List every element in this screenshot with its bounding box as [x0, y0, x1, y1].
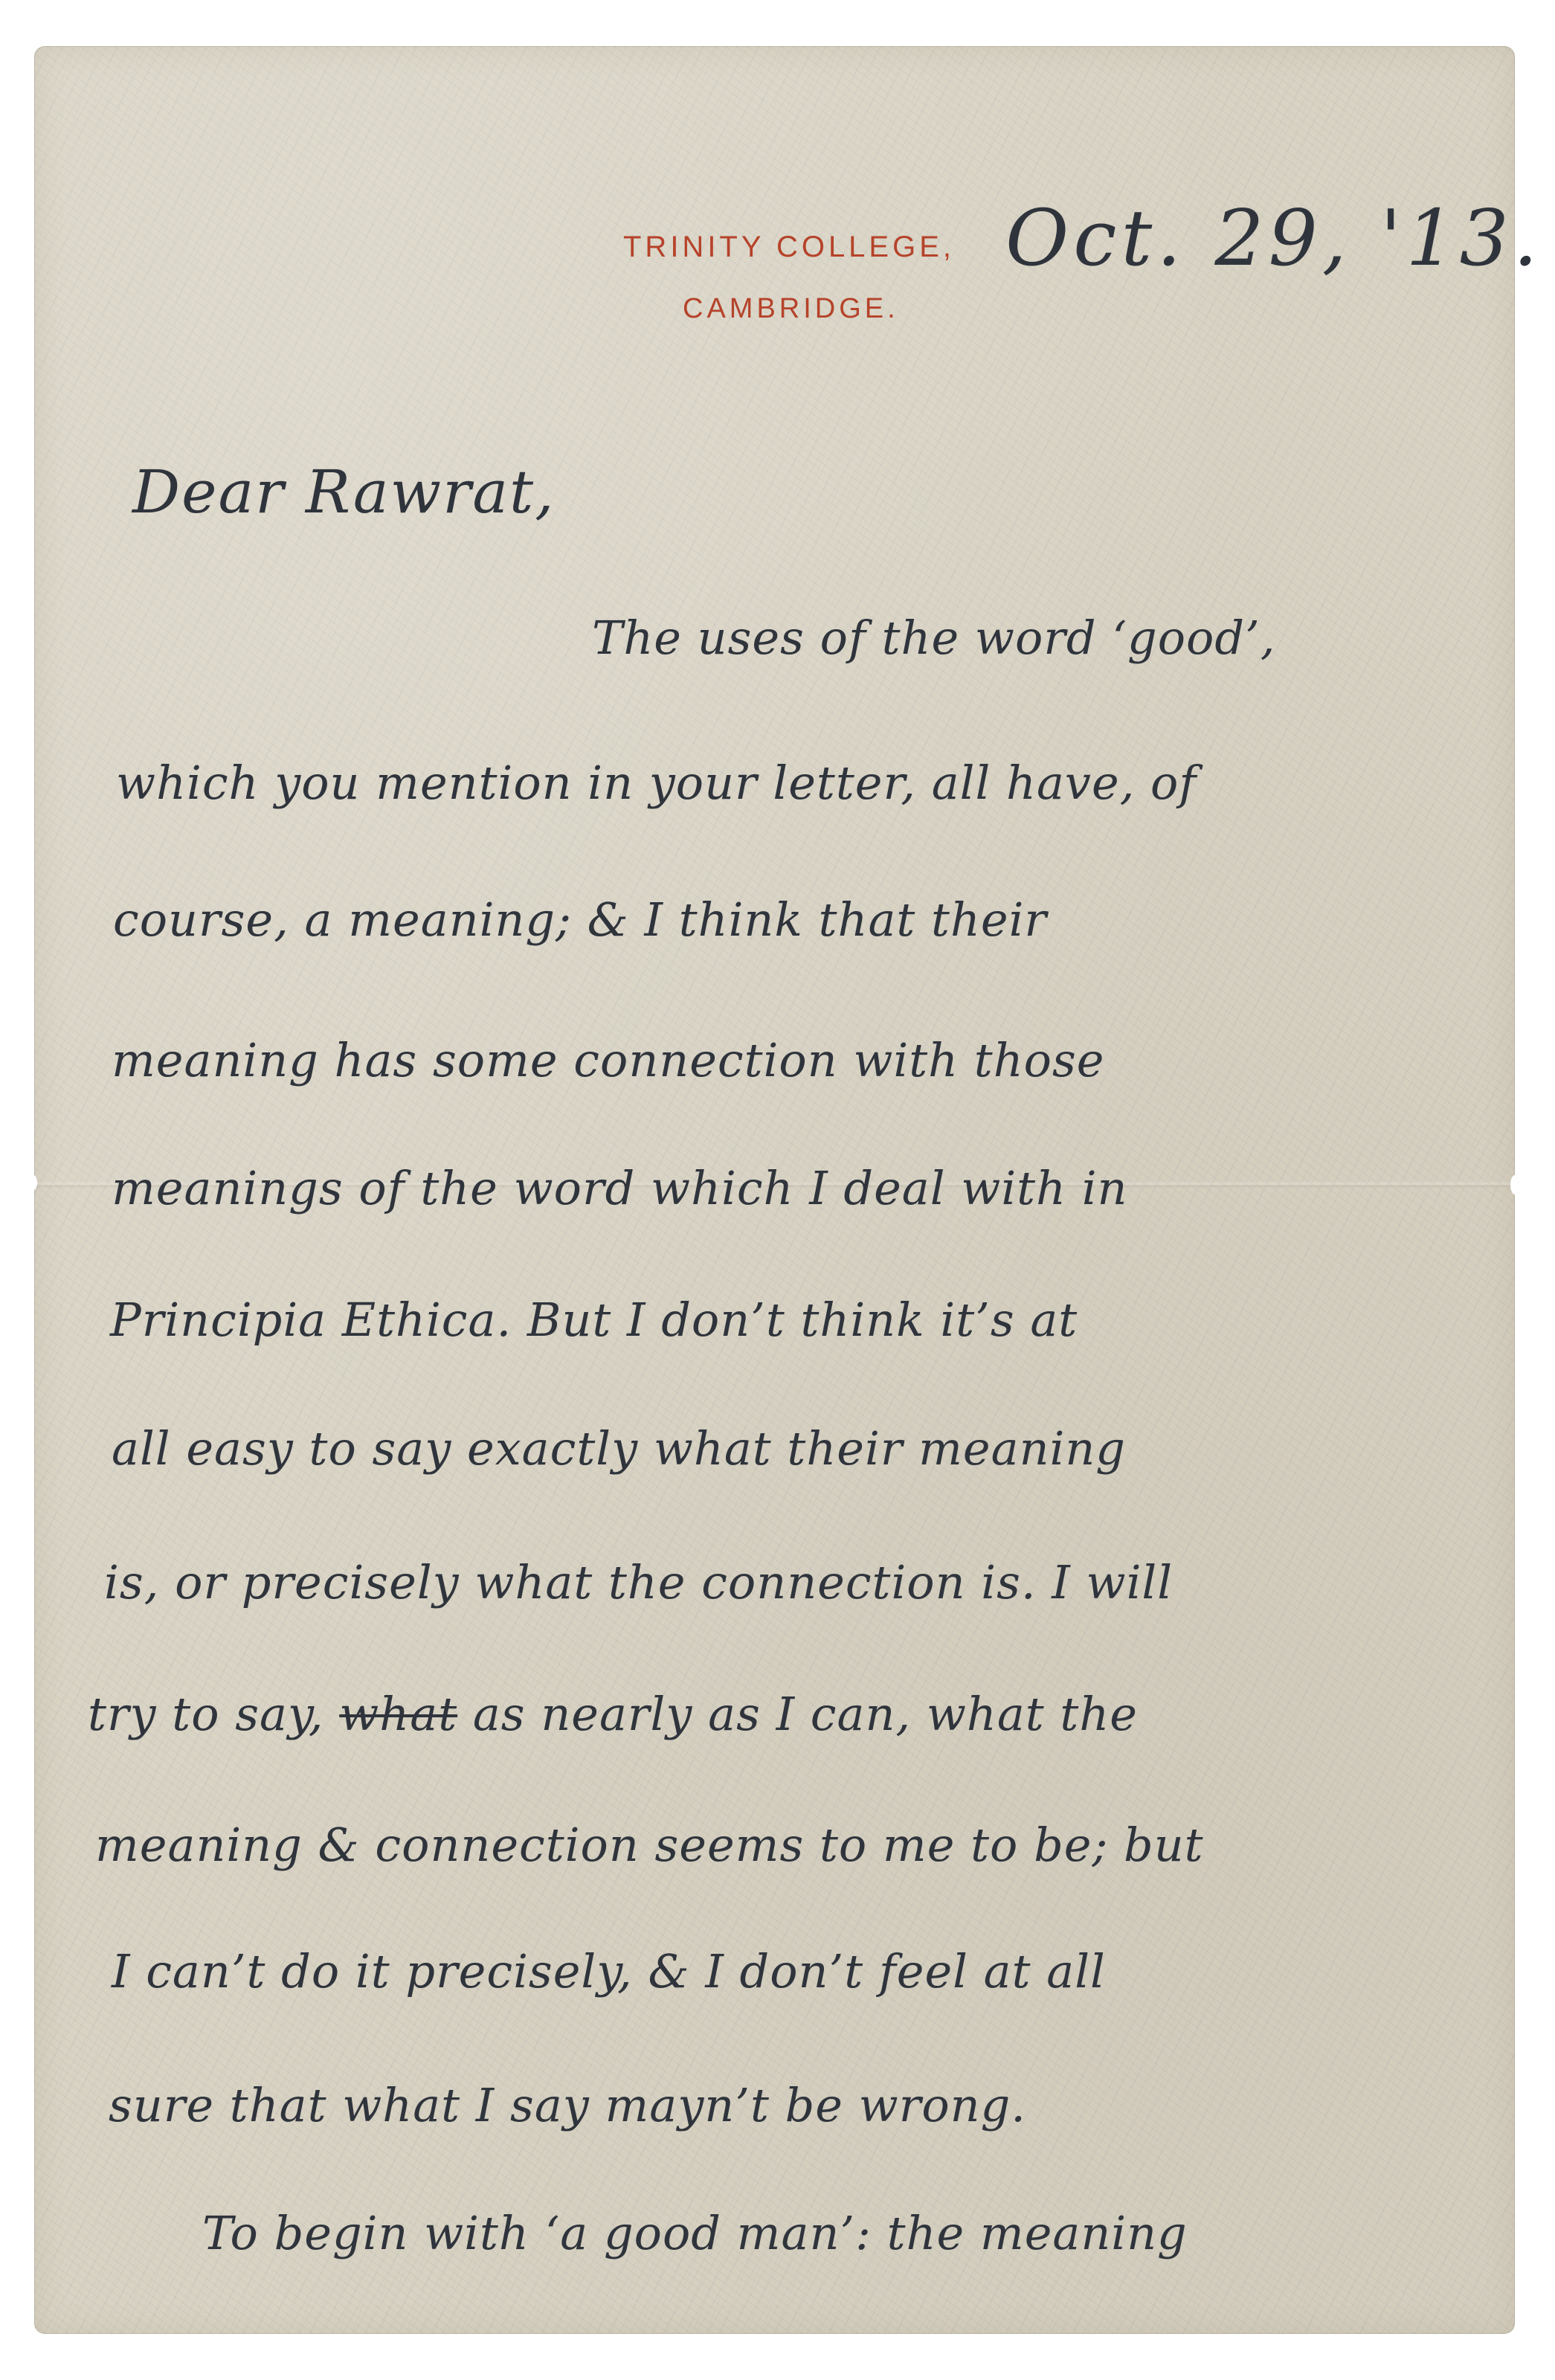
letterhead-city: CAMBRIDGE.: [683, 295, 899, 323]
letterhead-college: TRINITY COLLEGE,: [623, 232, 955, 262]
letter-line: I can’t do it precisely, & I don’t feel …: [112, 1949, 1106, 1995]
letter-line: meanings of the word which I deal with i…: [112, 1165, 1128, 1212]
fold-notch-left: [30, 1175, 37, 1190]
fold-notch-right: [1510, 1175, 1519, 1194]
line-text: as nearly as I can, what the: [457, 1687, 1138, 1741]
line-text: try to say,: [88, 1687, 339, 1741]
letter-line: sure that what I say mayn’t be wrong.: [109, 2082, 1026, 2129]
struck-word: what: [339, 1687, 457, 1741]
letter-line: To begin with ‘a good man’: the meaning: [202, 2210, 1188, 2257]
letter-line: is, or precisely what the connection is.…: [104, 1560, 1173, 1606]
letter-line: meaning & connection seems to me to be; …: [95, 1822, 1204, 1868]
letter-line: meaning has some connection with those: [112, 1038, 1104, 1084]
letter-line: The uses of the word ‘good’,: [592, 615, 1275, 661]
letter-line: Principia Ethica. But I don’t think it’s…: [110, 1297, 1078, 1343]
letter-line: which you mention in your letter, all ha…: [116, 760, 1197, 806]
letter-date: Oct. 29, '13.: [1005, 199, 1542, 277]
salutation: Dear Rawrat,: [132, 463, 556, 522]
letter-line: all easy to say exactly what their meani…: [112, 1426, 1126, 1472]
letter-line: course, a meaning; & I think that their: [113, 897, 1047, 943]
letter-line: try to say, what as nearly as I can, wha…: [88, 1691, 1138, 1737]
